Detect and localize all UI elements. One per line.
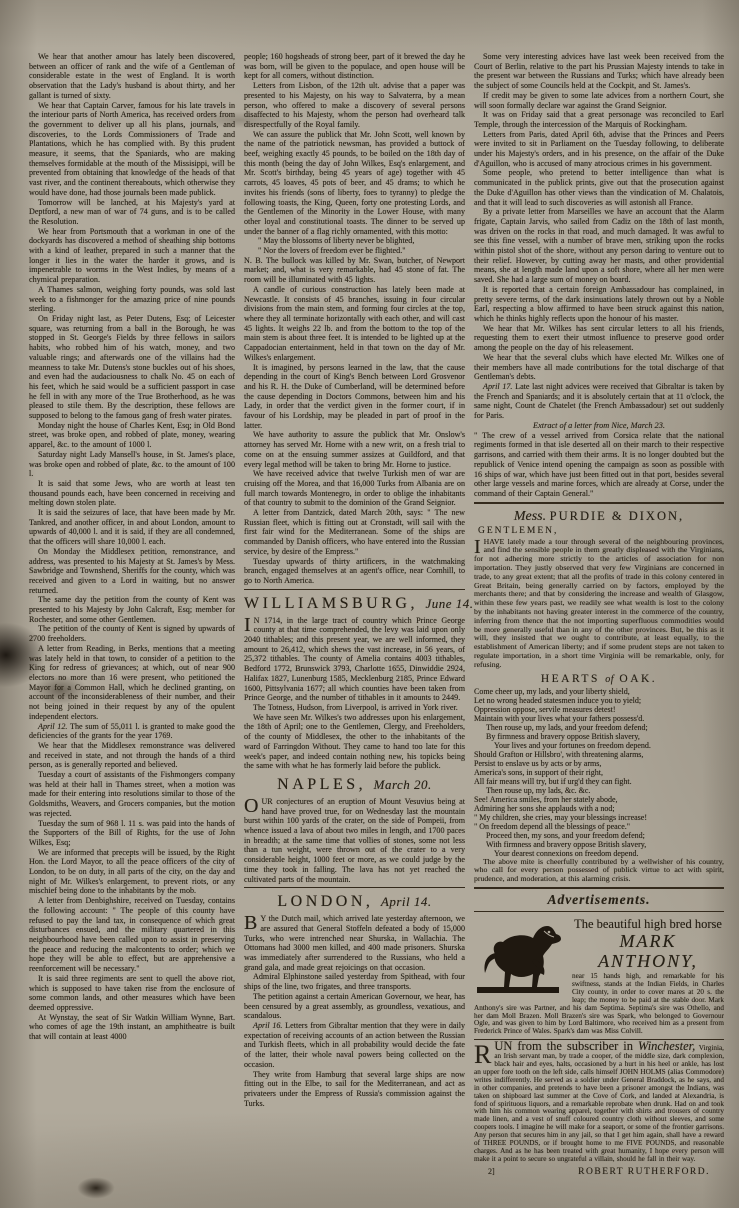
verse-line: See! America smiles, from her stately ab… (474, 795, 724, 804)
news-paragraph: We hear that another amour has lately be… (29, 52, 235, 101)
news-paragraph: April 16. Letters from Gibraltar mention… (244, 1021, 465, 1070)
news-paragraph: It is said the seizures of lace, that ha… (29, 508, 235, 547)
news-paragraph: If credit may be given to some late advi… (474, 91, 724, 110)
news-paragraph: It is reported that a certain foreign Am… (474, 285, 724, 324)
news-paragraph: We hear that Captain Carver, famous for … (29, 101, 235, 198)
news-paragraph: Letters from Lisbon, of the 12th ult. ad… (244, 81, 465, 130)
verse-line: Then rouse up, my lads, &c. &c. (486, 786, 724, 795)
motto-lines: " May the blossoms of liberty never be b… (258, 236, 465, 255)
news-paragraph: people; 160 hogsheads of strong beer, pa… (244, 52, 465, 81)
verse-line: Should Grafton or Hillsbro', with threat… (474, 750, 724, 759)
horse-woodcut-image (474, 919, 566, 999)
news-paragraph: N. B. The bullock was killed by Mr. Swan… (244, 256, 465, 285)
drop-cap-letter: O (244, 797, 261, 814)
news-paragraph: A letter from Denbighshire, received on … (29, 896, 235, 974)
verse-line: All fair means will try, but if urg'd th… (474, 777, 724, 786)
section-heading-caps: OAK. (614, 673, 657, 685)
news-paragraph: On Friday night last, as Peter Dutens, E… (29, 314, 235, 421)
horizontal-rule (244, 887, 465, 888)
horizontal-rule (244, 589, 465, 590)
section-heading-caps: WILLIAMSBURG, (244, 595, 425, 612)
news-paragraph: We have authority to assure the publick … (244, 430, 465, 469)
news-paragraph: We hear from Portsmouth that a workman i… (29, 227, 235, 285)
news-paragraph: Admiral Elphinstone sailed yesterday fro… (244, 972, 465, 991)
verse-line: Your lives and your fortunes on freedom … (494, 741, 724, 750)
news-paragraph: Monday night the house of Charles Kent, … (29, 421, 235, 450)
news-paragraph: We have received advice that twelve Turk… (244, 469, 465, 508)
motto-line: " May the blossoms of liberty never be b… (258, 236, 465, 246)
verse-line: " On freedom depend all the blessings of… (474, 822, 724, 831)
drop-cap-paragraph: BY the Dutch mail, which arrived late ye… (244, 914, 465, 972)
news-paragraph: Tuesday upwards of thirty artificers, in… (244, 557, 465, 586)
columns-container: We hear that another amour has lately be… (29, 52, 724, 1177)
news-paragraph: A Thames salmon, weighing forty pounds, … (29, 285, 235, 314)
runaway-advertisement: RUN from the subscriber in Winchester, V… (474, 1043, 724, 1177)
news-paragraph: We hear that the several clubs which hav… (474, 353, 724, 382)
news-paragraph: It is imagined, by persons learned in th… (244, 363, 465, 431)
verse-line: Proceed then, my sons, and your freedom … (486, 831, 724, 840)
news-paragraph: We hear that Mr. Wilkes has sent circula… (474, 324, 724, 353)
news-paragraph: Tuesday the sum of 968 l. 11 s. was paid… (29, 819, 235, 848)
verse-line: Then rouse up, my lads, and your freedom… (486, 723, 724, 732)
news-paragraph: April 17. Late last night advices were r… (474, 382, 724, 421)
news-paragraph: They write from Hamburg that several lar… (244, 1070, 465, 1109)
column-3: Some very interesting advices have last … (474, 52, 724, 1177)
column-2: people; 160 hogsheads of strong beer, pa… (244, 52, 465, 1177)
verse-line: Persist to enslave us by acts or by arms… (474, 759, 724, 768)
news-paragraph: A candle of curious construction has lat… (244, 285, 465, 363)
news-paragraph: The same day the petition from the count… (29, 595, 235, 624)
news-paragraph: On Monday the Middlesex petition, remons… (29, 547, 235, 596)
section-heading-date: of (605, 674, 614, 685)
advertisements-heading: Advertisements. (474, 892, 724, 908)
section-heading: HEARTS of OAK. (474, 673, 724, 685)
news-paragraph: The petition of the county of Kent is si… (29, 624, 235, 643)
news-paragraph: The above mite is cheerfully contributed… (474, 858, 724, 884)
news-paragraph: Some people, who pretend to better intel… (474, 168, 724, 207)
news-paragraph: By a private letter from Marseilles we h… (474, 207, 724, 285)
signature-mark: 2] (488, 1167, 495, 1176)
letter-heading: Mess. Purdie & Dixon, (474, 508, 724, 525)
drop-cap-letter: B (244, 914, 260, 931)
news-paragraph: It is said that some Jews, who are worth… (29, 479, 235, 508)
news-paragraph: It is said three regiments are sent to q… (29, 974, 235, 1013)
news-paragraph: Letters from Paris, dated April 6th, adv… (474, 130, 724, 169)
news-paragraph: We have seen Mr. Wilkes's two addresses … (244, 713, 465, 771)
horizontal-rule (474, 887, 724, 889)
section-heading-date: April 14. (381, 894, 432, 909)
news-paragraph: Saturday night Lady Mansell's house, in … (29, 450, 235, 479)
drop-cap-paragraph: OUR conjectures of an eruption of Mount … (244, 797, 465, 884)
column-1: We hear that another amour has lately be… (29, 52, 235, 1177)
motto-line: " Nor the lovers of freedom ever be flig… (258, 246, 465, 256)
horse-advertisement: The beautiful high bred horseMARK ANTHON… (474, 915, 724, 1036)
salutation: GENTLEMEN, (478, 526, 724, 536)
news-paragraph: Tomorrow will be lanched, at his Majesty… (29, 198, 235, 227)
signature-row: 2]ROBERT RUTHERFORD. (474, 1167, 724, 1177)
section-heading: LONDON, April 14. (244, 893, 465, 911)
news-paragraph: A letter from Dantzick, dated March 20th… (244, 508, 465, 557)
advertiser-signature: ROBERT RUTHERFORD. (578, 1167, 710, 1177)
paragraph-dateline: April 16. (253, 1021, 285, 1030)
newspaper-page: We hear that another amour has lately be… (0, 0, 739, 1208)
section-heading: WILLIAMSBURG, June 14. (244, 595, 465, 613)
verse-line: Maintain with your lives what your fathe… (474, 714, 724, 723)
paragraph-dateline: April 12. (38, 722, 70, 731)
drop-cap-letter: I (474, 538, 484, 555)
runaway-ad-first-line: UN from the subscriber in Winchester, (494, 1039, 695, 1053)
verse-line: Oppression oppose, servile measures dete… (474, 705, 724, 714)
news-paragraph: The petition against a certain American … (244, 992, 465, 1021)
verse-line: By firmness and bravery oppose British s… (486, 732, 724, 741)
news-paragraph: Some very interesting advices have last … (474, 52, 724, 91)
section-heading-caps: LONDON, (277, 893, 381, 910)
drop-cap-letter: R (474, 1043, 494, 1065)
hearts-of-oak-verse: Come cheer up, my lads, and your liberty… (474, 687, 724, 858)
verse-line: Come cheer up, my lads, and your liberty… (474, 687, 724, 696)
drop-cap-paragraph: IHAVE lately made a tour through several… (474, 538, 724, 670)
news-paragraph: Tuesday a court of assistants of the Fis… (29, 770, 235, 819)
horizontal-rule (474, 911, 724, 912)
runaway-ad-place: Winchester, (638, 1039, 695, 1053)
verse-line: Admiring her sons she applauds with a no… (474, 804, 724, 813)
paragraph-dateline: April 17. (483, 382, 515, 391)
verse-line: Let no wrong headed statesmen induce you… (474, 696, 724, 705)
news-paragraph: It was on Friday said that a great perso… (474, 110, 724, 129)
news-paragraph: We hear that the Middlesex remonstrance … (29, 741, 235, 770)
drop-cap-paragraph: IN 1714, in the large tract of country w… (244, 616, 465, 703)
news-paragraph: The Totness, Hudson, from Liverpool, is … (244, 703, 465, 713)
verse-line: With firmness and bravery oppose British… (486, 840, 724, 849)
news-paragraph: " The crew of a vessel arrived from Cors… (474, 431, 724, 499)
horizontal-rule (474, 502, 724, 504)
letter-heading-mess: Mess. (514, 509, 550, 524)
drop-cap-letter: I (244, 616, 254, 633)
section-heading-date: March 20. (374, 777, 432, 792)
verse-line: " My children, she cries, may your bless… (474, 813, 724, 822)
section-heading-caps: NAPLES, (277, 776, 373, 793)
letter-heading-names: Purdie & Dixon, (550, 509, 685, 523)
verse-line: America's sons, in support of their righ… (474, 768, 724, 777)
news-paragraph: At Wynstay, the seat of Sir Watkin Willi… (29, 1013, 235, 1042)
section-heading: NAPLES, March 20. (244, 776, 465, 794)
news-paragraph: We can assure the publick that Mr. John … (244, 130, 465, 237)
news-paragraph: We are informed that precepts will be is… (29, 848, 235, 897)
section-heading-date: June 14. (425, 596, 473, 611)
news-paragraph: April 12. The sum of 55,011 l. is grante… (29, 722, 235, 741)
extract-caption: Extract of a letter from Nice, March 23. (474, 421, 724, 431)
section-heading-caps: HEARTS (541, 673, 605, 685)
news-paragraph: A letter from Reading, in Berks, mention… (29, 644, 235, 722)
runaway-ad-body: RUN from the subscriber in Winchester, V… (474, 1043, 724, 1164)
